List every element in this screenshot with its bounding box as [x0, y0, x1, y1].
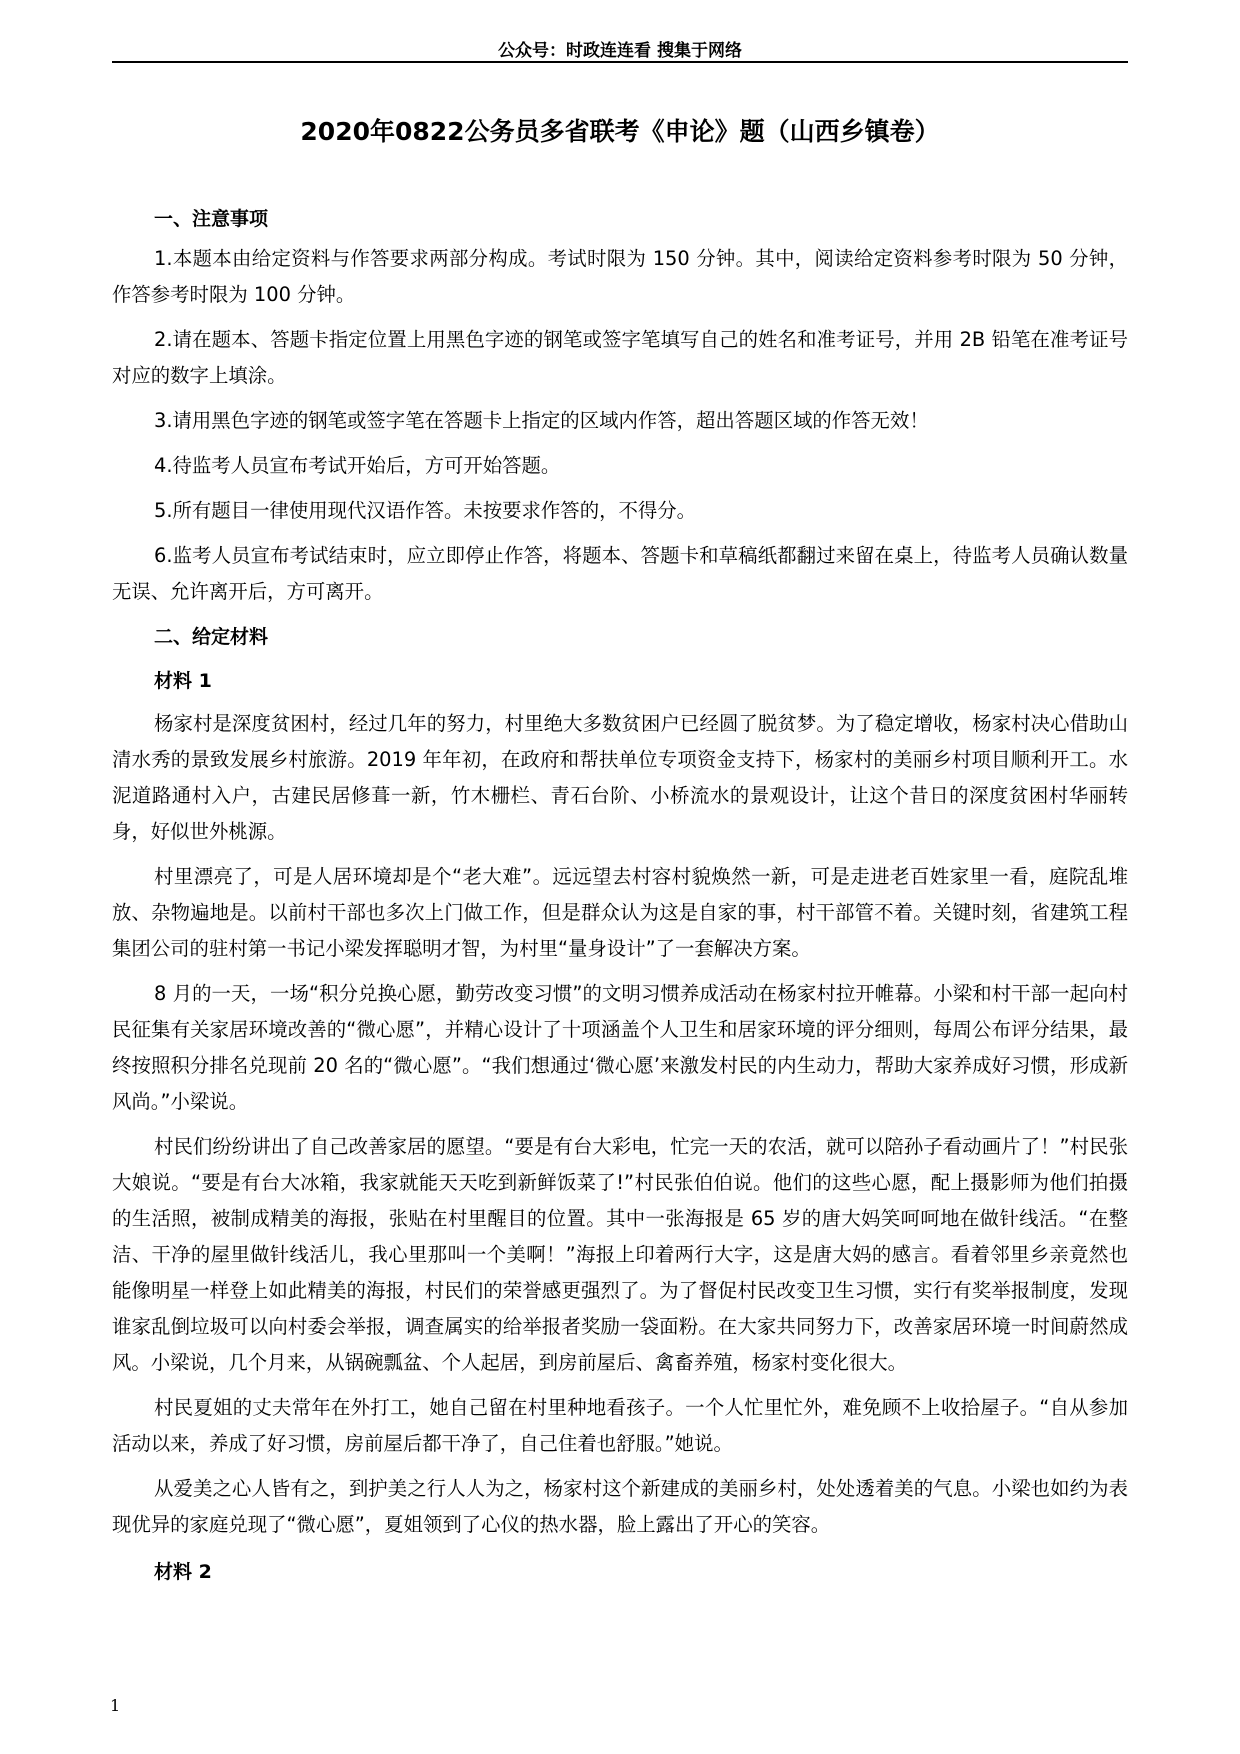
document-body: 一、注意事项 1.本题本由给定资料与作答要求两部分构成。考试时限为 150 分钟… [112, 206, 1128, 1585]
notice-item-6: 6.监考人员宣布考试结束时，应立即停止作答，将题本、答题卡和草稿纸都翻过来留在桌… [112, 538, 1128, 610]
material-1-paragraph: 村民夏姐的丈夫常年在外打工，她自己留在村里种地看孩子。一个人忙里忙外，难免顾不上… [112, 1390, 1128, 1462]
page-header: 公众号：时政连连看 搜集于网络 [112, 36, 1128, 61]
material-2-heading: 材料 2 [112, 1559, 1128, 1585]
notice-item-3: 3.请用黑色字迹的钢笔或签字笔在答题卡上指定的区域内作答，超出答题区域的作答无效… [112, 403, 1128, 439]
notice-item-2: 2.请在题本、答题卡指定位置上用黑色字迹的钢笔或签字笔填写自己的姓名和准考证号，… [112, 322, 1128, 394]
material-1-heading: 材料 1 [112, 668, 1128, 694]
material-1-paragraph: 村民们纷纷讲出了自己改善家居的愿望。“要是有台大彩电，忙完一天的农活，就可以陪孙… [112, 1129, 1128, 1381]
notice-item-5: 5.所有题目一律使用现代汉语作答。未按要求作答的，不得分。 [112, 493, 1128, 529]
header-divider [112, 61, 1128, 63]
page-number: 1 [110, 1696, 120, 1715]
section-heading-materials: 二、给定材料 [112, 624, 1128, 650]
notice-item-4: 4.待监考人员宣布考试开始后，方可开始答题。 [112, 448, 1128, 484]
section-heading-notes: 一、注意事项 [112, 206, 1128, 232]
material-1-paragraph: 从爱美之心人皆有之，到护美之行人人为之，杨家村这个新建成的美丽乡村，处处透着美的… [112, 1471, 1128, 1543]
material-1-paragraph: 杨家村是深度贫困村，经过几年的努力，村里绝大多数贫困户已经圆了脱贫梦。为了稳定增… [112, 706, 1128, 850]
document-title: 2020年0822公务员多省联考《申论》题（山西乡镇卷） [112, 112, 1128, 148]
material-1-paragraph: 8 月的一天，一场“积分兑换心愿，勤劳改变习惯”的文明习惯养成活动在杨家村拉开帷… [112, 976, 1128, 1120]
notice-item-1: 1.本题本由给定资料与作答要求两部分构成。考试时限为 150 分钟。其中，阅读给… [112, 241, 1128, 313]
material-1-paragraph: 村里漂亮了，可是人居环境却是个“老大难”。远远望去村容村貌焕然一新，可是走进老百… [112, 859, 1128, 967]
